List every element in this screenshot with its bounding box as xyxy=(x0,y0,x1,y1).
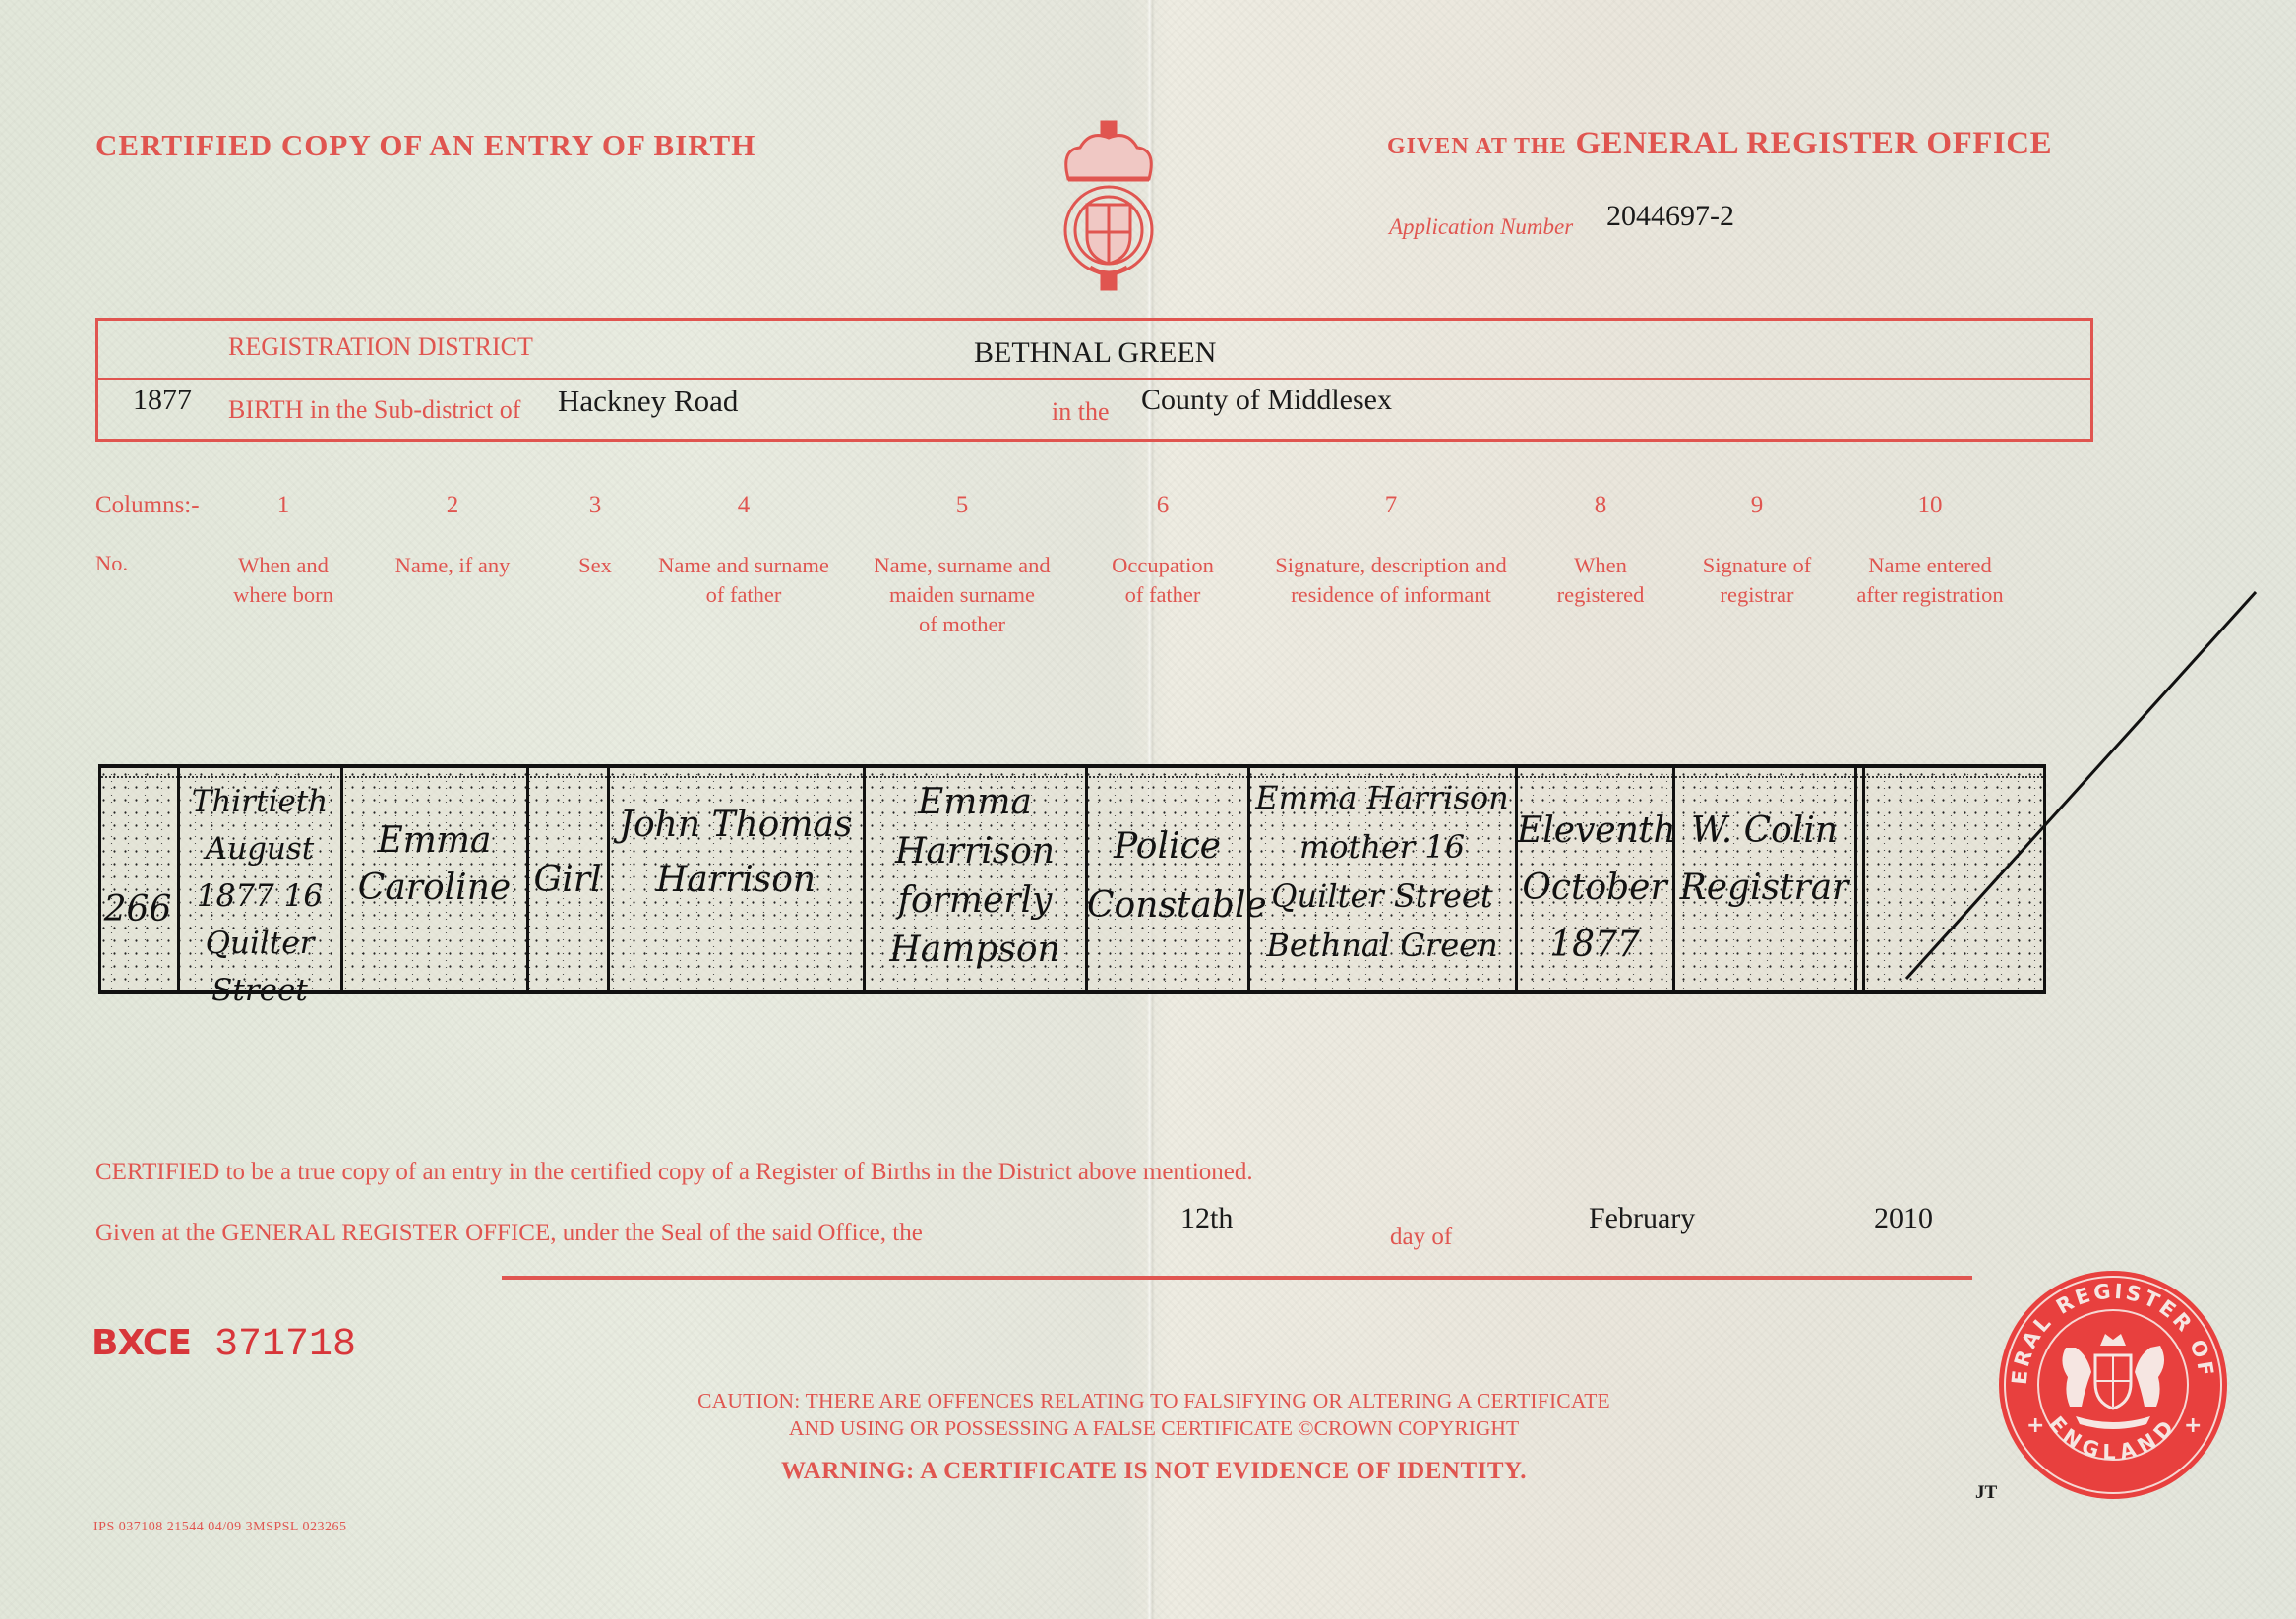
issuer-initials: JT xyxy=(1975,1482,1997,1504)
print-code: IPS 037108 21544 04/09 3MSPSL 023265 xyxy=(93,1520,346,1535)
day-of-label: day of xyxy=(1390,1224,1452,1251)
subdistrict: Hackney Road xyxy=(558,384,738,419)
column-header-name-after: Name enteredafter registration xyxy=(1856,551,2003,610)
signature-rule xyxy=(502,1276,1972,1280)
county: County of Middlesex xyxy=(1141,384,1392,417)
entry-when-where-born: Thirtieth August 1877 16 Quilter Street xyxy=(179,778,340,1014)
application-number: 2044697-2 xyxy=(1606,200,1734,233)
column-header-when-registered: Whenregistered xyxy=(1557,551,1645,610)
column-number: 5 xyxy=(956,492,969,519)
column-number: 3 xyxy=(589,492,602,519)
caution-line-2: AND USING OR POSSESSING A FALSE CERTIFIC… xyxy=(789,1416,1519,1441)
issue-month: February xyxy=(1589,1202,1695,1235)
given-at-heading: GIVEN AT THE GENERAL REGISTER OFFICE xyxy=(1387,126,2052,162)
entry-occupation: Police Constable xyxy=(1087,817,1247,935)
entry-registrar-signature: W. Colin Registrar xyxy=(1674,803,1854,917)
entry-when-registered: Eleventh October 1877 xyxy=(1517,803,1672,974)
column-number: 4 xyxy=(738,492,751,519)
registration-year: 1877 xyxy=(133,384,192,417)
column-header-occupation: Occupationof father xyxy=(1112,551,1214,610)
entry-sex: Girl xyxy=(528,857,607,904)
column-number: 8 xyxy=(1595,492,1607,519)
svg-text:+: + xyxy=(2026,1413,2044,1438)
entry-name: Emma Caroline xyxy=(342,817,526,912)
subdistrict-label: BIRTH in the Sub-district of xyxy=(228,395,520,425)
column-number: 1 xyxy=(277,492,290,519)
column-number: 6 xyxy=(1157,492,1170,519)
column-header-name: Name, if any xyxy=(395,551,511,580)
register-entry-row: 266 Thirtieth August 1877 16 Quilter Str… xyxy=(98,764,2046,994)
column-header-mother: Name, surname andmaiden surnameof mother xyxy=(874,551,1050,639)
general-register-office-seal-icon: GENERAL REGISTER OFFICE ENGLAND + + xyxy=(1997,1269,2229,1501)
given-at-small: GIVEN AT THE xyxy=(1387,134,1567,159)
column-number: 10 xyxy=(1918,492,1943,519)
serial-prefix: BXCE xyxy=(91,1323,191,1363)
column-header-informant: Signature, description andresidence of i… xyxy=(1275,551,1507,610)
column-number: 7 xyxy=(1385,492,1398,519)
in-the-label: in the xyxy=(1052,397,1110,427)
registration-district-label: REGISTRATION DISTRICT xyxy=(228,332,533,362)
given-at-office: GENERAL REGISTER OFFICE xyxy=(1575,126,2052,161)
application-number-label: Application Number xyxy=(1389,214,1573,240)
column-number: 9 xyxy=(1751,492,1764,519)
column-header-father: Name and surnameof father xyxy=(658,551,829,610)
columns-label: Columns:- xyxy=(95,492,200,519)
entry-mother: Emma Harrison formerly Hampson xyxy=(865,778,1085,975)
issue-day: 12th xyxy=(1180,1202,1233,1235)
column-header-when-where-born: When andwhere born xyxy=(233,551,333,610)
certificate-title: CERTIFIED COPY OF AN ENTRY OF BIRTH xyxy=(95,128,755,163)
identity-warning: WARNING: A CERTIFICATE IS NOT EVIDENCE O… xyxy=(781,1458,1527,1485)
column-header-sex: Sex xyxy=(578,551,612,580)
svg-text:+: + xyxy=(2184,1413,2202,1438)
entry-number: 266 xyxy=(98,886,177,933)
entry-informant: Emma Harrison mother 16 Quilter Street B… xyxy=(1249,773,1515,970)
registration-district: BETHNAL GREEN xyxy=(974,336,1216,370)
serial-number: 371718 xyxy=(214,1323,356,1367)
column-header-registrar: Signature ofregistrar xyxy=(1703,551,1812,610)
certificate-serial: BXCE 371718 xyxy=(91,1323,356,1367)
given-at-statement: Given at the GENERAL REGISTER OFFICE, un… xyxy=(95,1220,923,1247)
issue-year: 2010 xyxy=(1874,1202,1933,1235)
royal-crest-icon xyxy=(1051,120,1167,292)
certification-statement: CERTIFIED to be a true copy of an entry … xyxy=(95,1159,1253,1186)
entry-father: John Thomas Harrison xyxy=(609,798,863,908)
column-header-no: No. xyxy=(95,551,128,576)
caution-line-1: CAUTION: THERE ARE OFFENCES RELATING TO … xyxy=(697,1389,1610,1413)
column-number: 2 xyxy=(447,492,459,519)
